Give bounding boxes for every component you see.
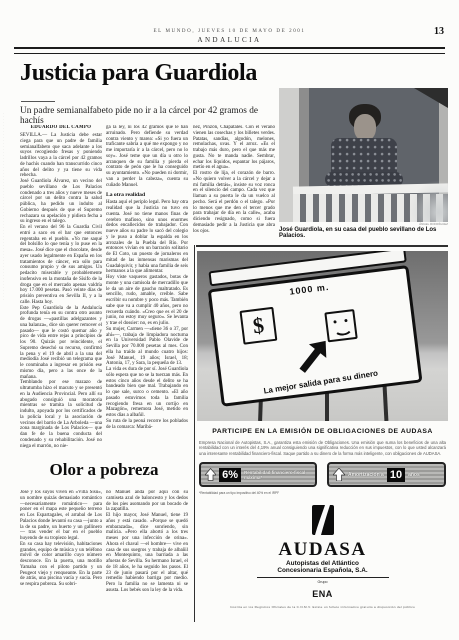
photo-plant-leaf xyxy=(408,180,448,222)
column-subhead: La otra realidad xyxy=(106,192,188,198)
rate-label: Rentabilidad financiero-fiscal máxima* xyxy=(244,470,311,480)
audasa-subtitle-2: Concesionaria Española, S.A. xyxy=(197,567,448,574)
photo-jose-guardiola xyxy=(279,88,448,222)
ad-headline: PARTICIPE EN LA EMISIÓN DE OBLIGACIONES … xyxy=(197,428,448,435)
edge-microtext: ········································… xyxy=(2,70,6,300)
ad-top-rule xyxy=(196,245,448,247)
second-article-column-2: no Manuel anda por aquí con su camiseta … xyxy=(106,490,188,632)
dollar-glyph: $ xyxy=(251,312,265,339)
road-sign: 1000 m. $ La mejor salida para su dinero xyxy=(205,251,422,407)
audasa-rule xyxy=(257,577,389,578)
article-column-2: ga la ley, ni los 42 gramos que le han a… xyxy=(106,125,188,461)
audasa-wordmark: AUDASA xyxy=(197,540,448,560)
newspaper-page: EL MUNDO, JUEVES 10 DE MAYO DE 2001 ANDA… xyxy=(0,0,459,640)
column-2-text-a: ga la ley, ni los 42 gramos que le han a… xyxy=(106,125,188,188)
dollar-sign-icon: $ xyxy=(239,307,277,345)
up-arrow-icon xyxy=(333,468,345,481)
column-1-text: SEVILLA.— La Justicia debe estar ciega p… xyxy=(20,133,102,449)
ad-footnote: *Rentabilidad para un tipo impositivo de… xyxy=(199,491,279,495)
ad-body-text: Empresa Nacional de Autopistas, S.A., ga… xyxy=(199,440,446,456)
photo-credit: ÁNGEL RODRÍGUEZ xyxy=(279,222,448,226)
column-2-text-b: Hasta aquí el periplo legal. Pero hay ot… xyxy=(106,200,188,430)
audasa-logo-block: AUDASA Autopistas del Atlántico Concesio… xyxy=(197,505,448,602)
article-column-3: ñez, Pinzón, Chapatales. Con el verano v… xyxy=(193,125,275,247)
grupo-label: Grupo xyxy=(197,580,448,584)
term-post-label: años xyxy=(408,472,420,478)
ad-badge-rate: 6% Rentabilidad financiero-fiscal máxima… xyxy=(199,462,317,487)
headline-rule xyxy=(21,101,55,102)
road-sign-panel: 1000 m. $ La mejor salida para su dinero xyxy=(208,265,423,407)
photo-caption: José Guardiola, en su casa del pueblo se… xyxy=(279,227,448,239)
ena-wordmark: ENA xyxy=(312,589,333,599)
column-3-text: ñez, Pinzón, Chapatales. Con el verano v… xyxy=(193,125,275,234)
ad-left-rule xyxy=(194,245,196,622)
article-column-1: EDUARDO DEL CAMPO SEVILLA.— La Justicia … xyxy=(20,125,102,461)
section-title: ANDALUCIA xyxy=(14,36,445,44)
audasa-subtitle-1: Autopistas del Atlántico xyxy=(197,560,448,567)
ad-legal-line: Inscrita en los Registros Oficiales de l… xyxy=(197,605,448,609)
header-rule xyxy=(14,47,445,54)
audasa-road-icon xyxy=(312,505,334,535)
rate-value: 6% xyxy=(219,468,241,482)
photo-man-face xyxy=(354,114,376,141)
second-article-headline: Olor a pobreza xyxy=(20,460,188,480)
article-subheadline: Un padre semianalfabeto pide no ir a la … xyxy=(20,106,280,126)
second-column-2-text: no Manuel anda por aquí con su camiseta … xyxy=(106,490,188,594)
term-pre-label: Amortización a xyxy=(348,472,384,478)
diagonal-arrow-icon xyxy=(289,334,336,381)
second-article-column-1: José y los suyos viven en «Villa Sisú», … xyxy=(20,490,102,632)
second-column-1-text: José y los suyos viven en «Villa Sisú», … xyxy=(20,490,102,588)
photo-roof-eave xyxy=(414,88,448,108)
byline: EDUARDO DEL CAMPO xyxy=(20,125,102,130)
ad-road-sign-photo: 1000 m. $ La mejor salida para su dinero xyxy=(197,251,448,421)
masthead: EL MUNDO, JUEVES 10 DE MAYO DE 2001 xyxy=(14,29,445,34)
page-number: 13 xyxy=(434,26,444,37)
ad-badge-term: Amortización a 10 años xyxy=(327,462,446,487)
article-headline: Justicia para Guardiola xyxy=(20,60,257,87)
term-value: 10 xyxy=(387,468,405,482)
up-arrow-icon xyxy=(205,468,216,481)
